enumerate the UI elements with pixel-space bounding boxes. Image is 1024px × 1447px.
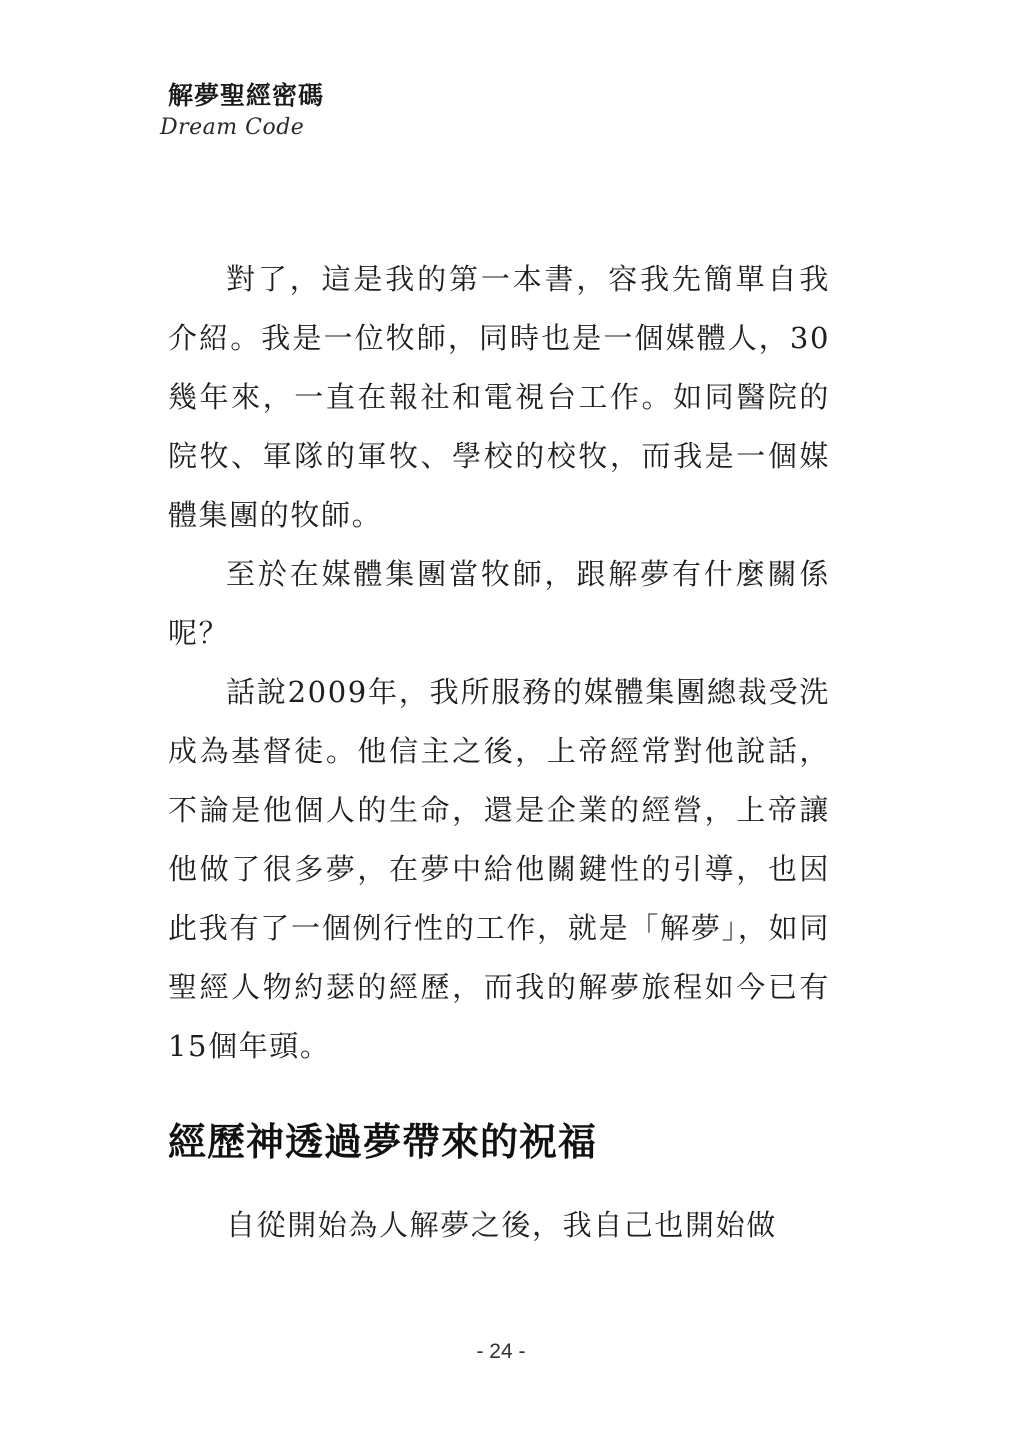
paragraph-question: 至於在媒體集團當牧師，跟解夢有什麼關係呢？ — [168, 545, 830, 663]
book-title-chinese: 解夢聖經密碼 — [168, 80, 324, 112]
book-title-english: Dream Code — [160, 114, 324, 142]
section-body-text: 自從開始為人解夢之後，我自己也開始做 — [168, 1196, 830, 1255]
paragraph-section-start: 自從開始為人解夢之後，我自己也開始做 — [168, 1196, 830, 1255]
body-text: 對了，這是我的第一本書，容我先簡單自我介紹。我是一位牧師，同時也是一個媒體人，3… — [168, 250, 830, 1076]
paragraph-introduction: 對了，這是我的第一本書，容我先簡單自我介紹。我是一位牧師，同時也是一個媒體人，3… — [168, 250, 830, 545]
section-heading: 經歷神透過夢帶來的祝福 — [168, 1117, 597, 1167]
page-number: - 24 - — [0, 1340, 1002, 1364]
running-head: 解夢聖經密碼 Dream Code — [168, 80, 324, 142]
paragraph-2009-story: 話說2009年，我所服務的媒體集團總裁受洗成為基督徒。他信主之後，上帝經常對他說… — [168, 663, 830, 1076]
